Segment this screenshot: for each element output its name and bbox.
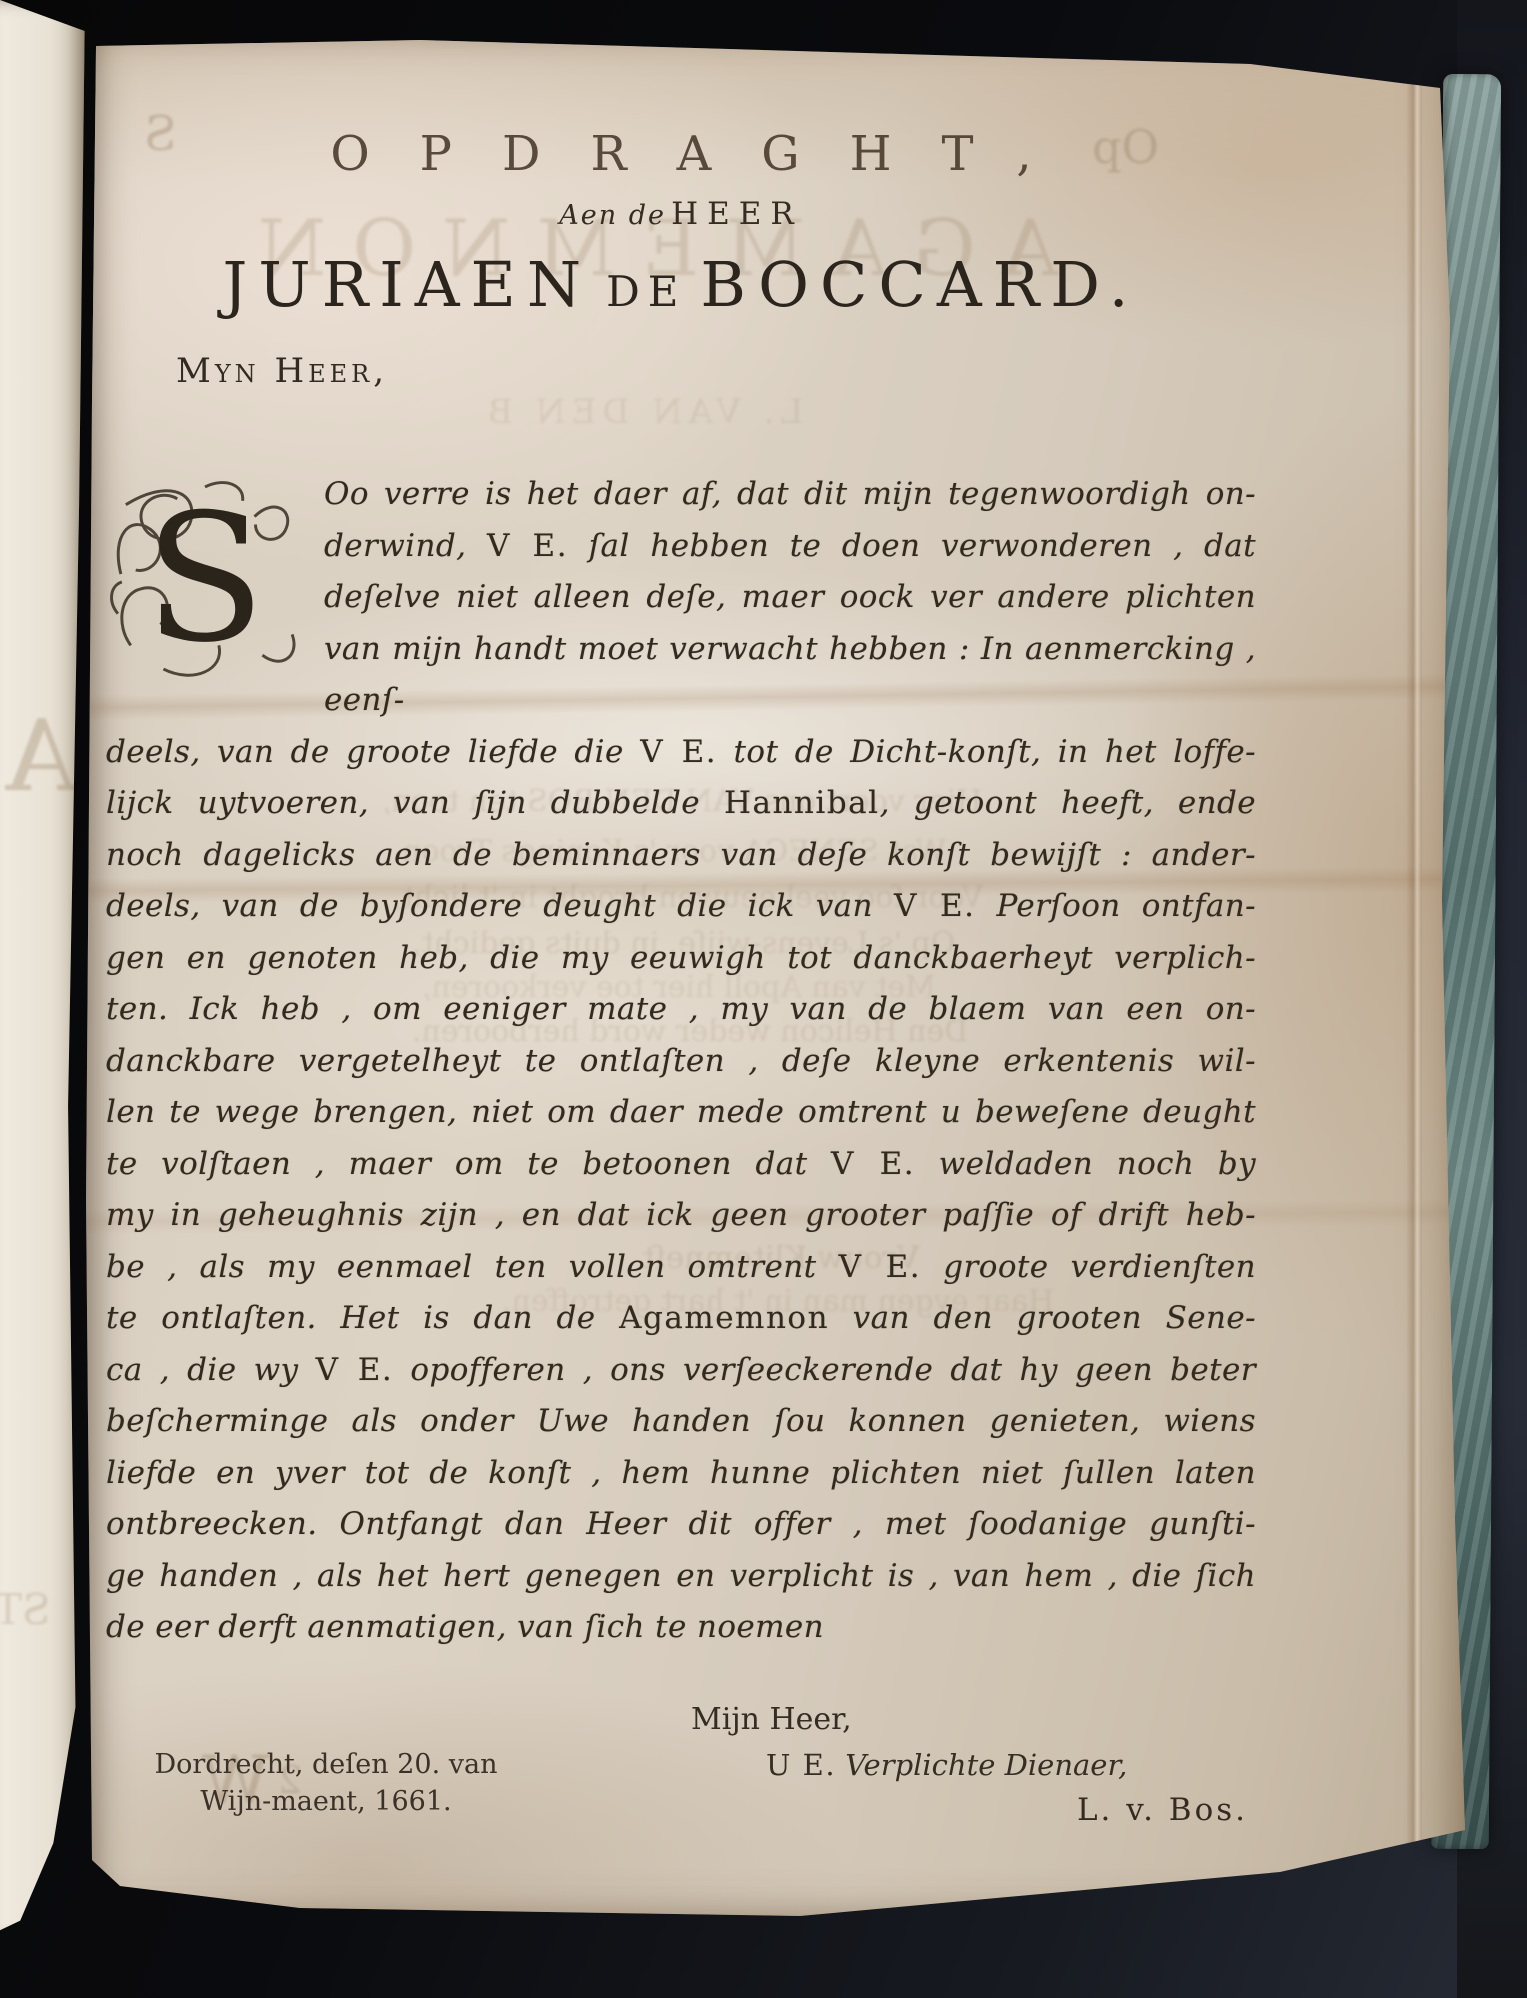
- roman-type-word: Agamemnon: [619, 1300, 829, 1336]
- body-text-line: deels, van de byſondere deught die ick v…: [106, 881, 1256, 933]
- body-text-line: liefde en yver tot de konſt , hem hunne …: [106, 1448, 1256, 1500]
- body-text-line: ge handen , als het hert genegen en verp…: [106, 1551, 1256, 1603]
- dedicatee-first-name: JURIAEN: [223, 248, 593, 321]
- facing-page-ghost-mark: A: [6, 700, 77, 814]
- body-text-line: te ontlaſten. Het is dan de Agamemnon va…: [106, 1293, 1256, 1345]
- salutation: Myn Heer,: [176, 351, 1256, 391]
- place-date-line2: Wijn-maent, 1661.: [146, 1783, 506, 1820]
- dedication-honorific: HEER: [671, 196, 803, 232]
- body-text-line: te volſtaen , maer om te betoonen dat V …: [106, 1139, 1256, 1191]
- body-text-line: noch dagelicks aen de beminnaers van deſ…: [106, 830, 1256, 882]
- facing-page-edge: AST: [0, 0, 92, 1940]
- initial-letter: S: [145, 475, 266, 681]
- body-text-line: ca , die wy V E. opofferen , ons verſeec…: [106, 1345, 1256, 1397]
- decorated-initial-S: S: [106, 475, 304, 683]
- body-text-line: be , als my eenmael ten vollen omtrent V…: [106, 1242, 1256, 1294]
- body-text-line: danckbare vergetelheyt te ontlaſten , de…: [106, 1036, 1256, 1088]
- roman-type-word: U E.: [766, 1748, 836, 1782]
- valediction: U E. Verplichte Dienaer,: [766, 1748, 1127, 1782]
- dedicatee-last-name: BOCCARD.: [700, 248, 1139, 321]
- dedication-line: Aen de HEER: [106, 196, 1256, 232]
- body-text-line: ten. Ick heb , om eeniger mate , my van …: [106, 984, 1256, 1036]
- place-date-line1: Dordrecht, deſen 20. van: [146, 1746, 506, 1783]
- body-text-line: lijck uytvoeren, van ſijn dubbelde Hanni…: [106, 778, 1256, 830]
- dedication-prefix: Aen de: [559, 200, 666, 231]
- roman-type-word: V E.: [316, 1352, 394, 1388]
- author-signature: L. v. Bos.: [1077, 1792, 1248, 1828]
- body-text-line: de eer derft aenmatigen, van ſich te noe…: [106, 1602, 1256, 1654]
- dedicatee-particle: DE: [606, 267, 686, 316]
- roman-type-word: V E.: [487, 528, 568, 564]
- facing-page-ghost-mark: ST: [0, 1585, 51, 1634]
- roman-type-word: Hannibal: [724, 785, 880, 821]
- body-text-line: deels, van de groote liefde die V E. tot…: [106, 727, 1256, 779]
- body-text-line: beſcherminge als onder Uwe handen ſou ko…: [106, 1396, 1256, 1448]
- closing-block: Dordrecht, deſen 20. van Wijn-maent, 166…: [106, 1688, 1256, 1878]
- roman-type-word: V E.: [831, 1146, 915, 1182]
- roman-type-word: V E.: [839, 1249, 922, 1285]
- initial-flourish-art: S: [106, 475, 304, 683]
- printed-page: SOpAGAMEMNONL. VAN DEN BHier voert ons V…: [82, 36, 1468, 1926]
- body-text-line: gen en genoten heb, die my eeuwigh tot d…: [106, 933, 1256, 985]
- place-and-date: Dordrecht, deſen 20. van Wijn-maent, 166…: [146, 1746, 506, 1820]
- roman-type-word: V E.: [894, 888, 976, 924]
- roman-type-word: V E.: [640, 734, 717, 770]
- dedicatee-name: JURIAENDEBOCCARD.: [106, 248, 1256, 321]
- closing-salutation: Mijn Heer,: [691, 1702, 852, 1737]
- body-text-line: len te wege brengen, niet om daer mede o…: [106, 1087, 1256, 1139]
- page-content: OPDRAGHT, Aen de HEER JURIAENDEBOCCARD. …: [106, 106, 1256, 1878]
- photo-of-open-book: AST SOpAGAMEMNONL. VAN DEN BHier voert o…: [0, 0, 1527, 1998]
- body-text-line: ontbreecken. Ontfangt dan Heer dit offer…: [106, 1499, 1256, 1551]
- body-text-line: my in geheughnis zijn , en dat ick geen …: [106, 1190, 1256, 1242]
- page-title: OPDRAGHT,: [106, 126, 1256, 182]
